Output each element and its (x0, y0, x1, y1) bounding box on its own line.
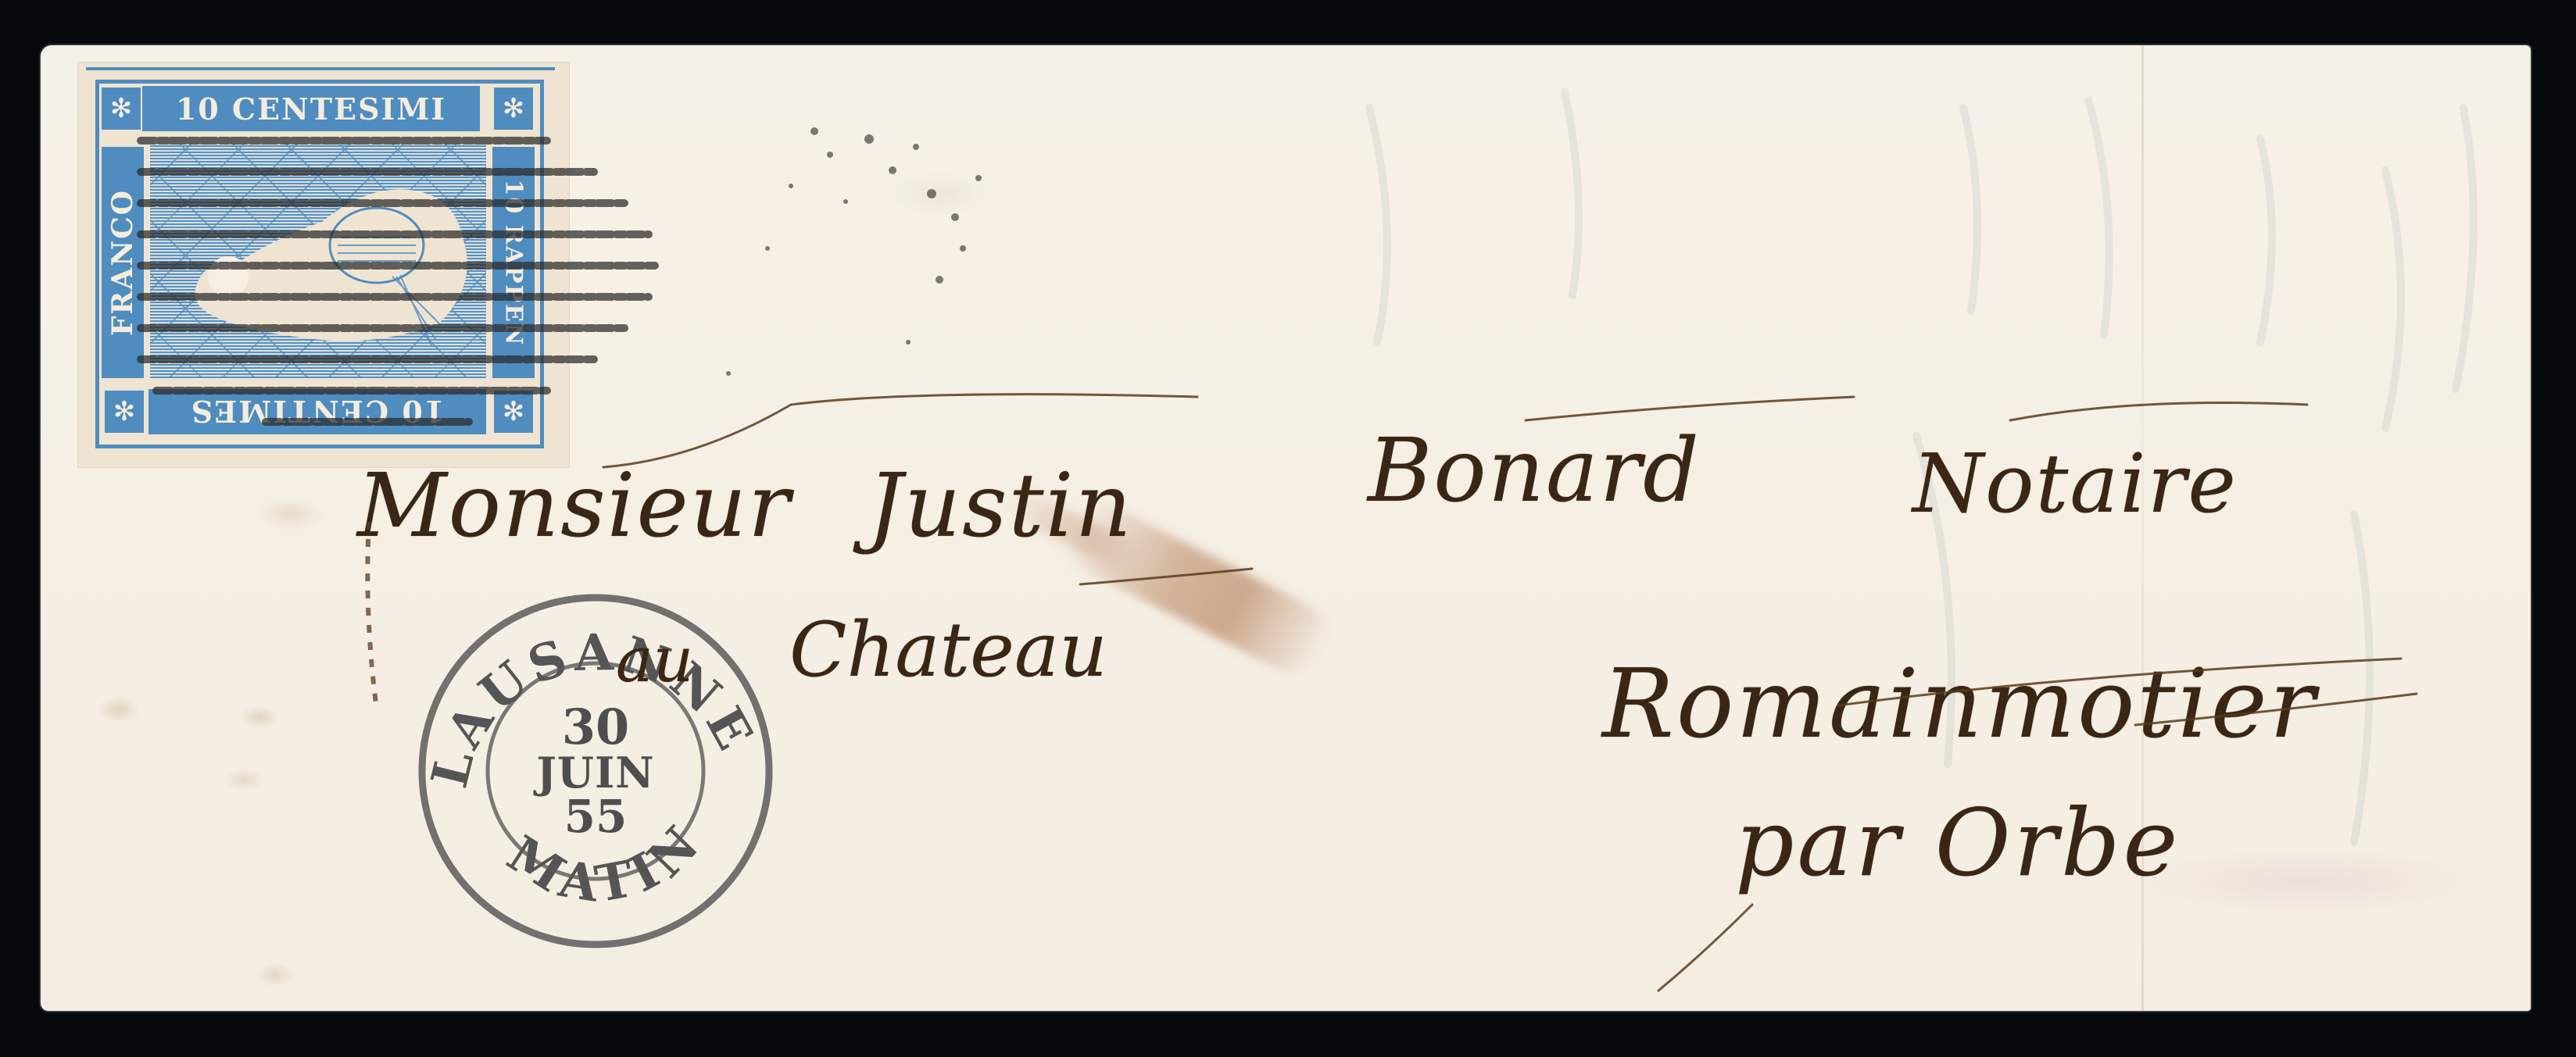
cross-ornament-icon: ✻ (494, 87, 533, 130)
stamp-border-line (86, 67, 555, 70)
address-word: Justin (868, 455, 1132, 557)
stamp-vignette (150, 144, 486, 378)
cross-ornament-icon: ✻ (102, 87, 141, 130)
envelope: ✻ ✻ ✻ ✻ 10 CENTESIMI 10 CENTIMES FRANCO … (41, 45, 2531, 1011)
address-surname: Bonard (1368, 420, 1701, 522)
address-place: Chateau (789, 606, 1107, 694)
postmark-day: 30 (562, 703, 629, 752)
address-town: Romainmotier (1602, 648, 2317, 759)
stamp-value-top: 10 CENTESIMI (142, 86, 480, 131)
address-title: Notaire (1912, 436, 2238, 531)
postage-stamp: ✻ ✻ ✻ ✻ 10 CENTESIMI 10 CENTIMES FRANCO … (78, 62, 569, 467)
cross-ornament-icon: ✻ (105, 391, 144, 433)
address-word: Monsieur (357, 455, 792, 557)
stamp-rappen-text: 10 RAPPEN (500, 179, 528, 346)
stamp-value-right: 10 RAPPEN (492, 147, 535, 378)
postmark-year: 55 (564, 794, 628, 839)
helvetia-figure-icon (181, 175, 478, 362)
lausanne-postmark: LAUSANNE MATIN 30 JUIN 55 (412, 587, 779, 955)
postmark-date: 30 JUIN 55 (412, 587, 779, 955)
address-preposition: au (616, 623, 693, 696)
stamp-value-bottom: 10 CENTIMES (148, 389, 486, 434)
cross-ornament-icon: ✻ (494, 391, 533, 433)
address-routing: par Orbe (1735, 789, 2181, 897)
stamp-label-left: FRANCO (102, 147, 144, 378)
address-salutation: Monsieur Justin (357, 455, 1133, 557)
postmark-month: JUIN (536, 752, 654, 794)
stamp-franco-text: FRANCO (106, 189, 139, 336)
